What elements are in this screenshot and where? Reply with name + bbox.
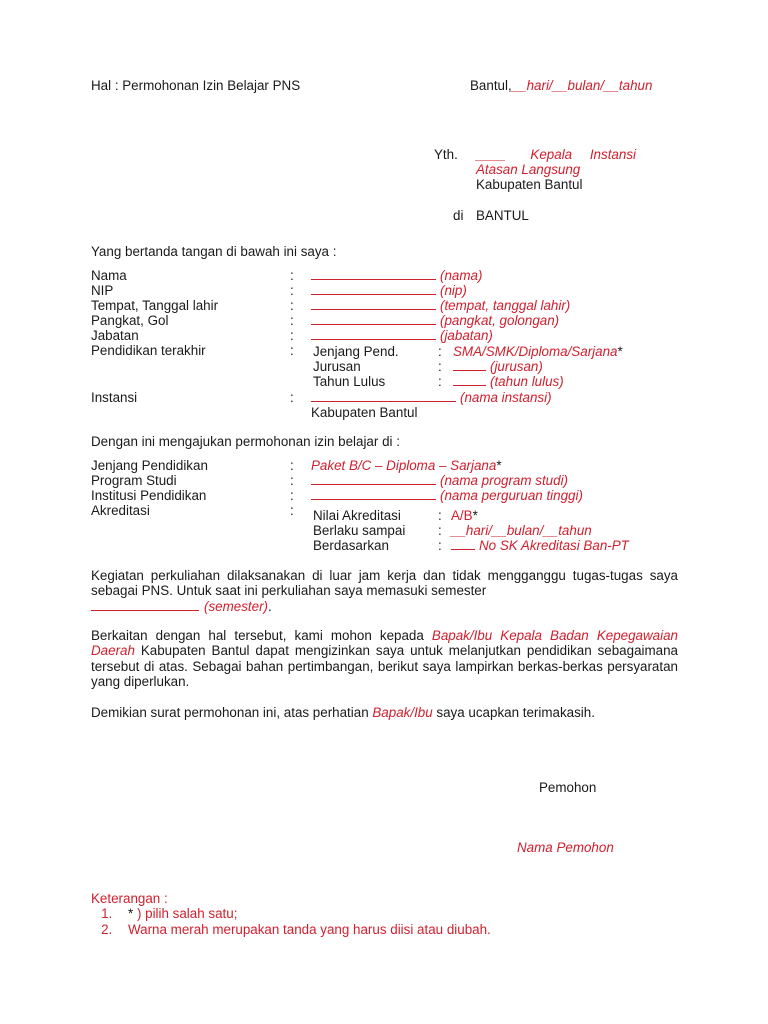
field-jenjang-pendidikan[interactable]: Paket B/C – Diploma – Sarjana* xyxy=(311,458,502,473)
instansi-region: Kabupaten Bantul xyxy=(311,405,417,420)
colon: : xyxy=(290,328,294,343)
colon: : xyxy=(290,473,294,488)
field-instansi[interactable]: (nama instansi) xyxy=(311,390,552,405)
paragraph-end: . xyxy=(268,599,272,614)
field-label-ttl: Tempat, Tanggal lahir xyxy=(91,298,218,313)
colon: : xyxy=(290,390,294,405)
field-jurusan[interactable]: (jurusan) xyxy=(453,359,543,374)
field-program-studi[interactable]: (nama program studi) xyxy=(311,473,568,488)
field-hint: (tempat, tanggal lahir) xyxy=(440,298,570,313)
colon: : xyxy=(290,343,294,358)
sublabel-tahun-lulus: Tahun Lulus xyxy=(313,374,385,389)
sublabel-berlaku-sampai: Berlaku sampai xyxy=(313,523,405,538)
request-intro: Dengan ini mengajukan permohonan izin be… xyxy=(91,434,400,449)
field-hint: (pangkat, golongan) xyxy=(440,313,559,328)
field-ttl[interactable]: (tempat, tanggal lahir) xyxy=(311,298,570,313)
semester-hint: (semester) xyxy=(204,599,268,614)
recipient-title-line1: ____ Kepala Instansi xyxy=(476,147,636,162)
colon: : xyxy=(290,268,294,283)
di-label: di xyxy=(453,208,463,223)
paragraph-text: Demikian surat permohonan ini, atas perh… xyxy=(91,705,372,720)
paragraph-text: Berkaitan dengan hal tersebut, kami moho… xyxy=(91,628,432,643)
colon: : xyxy=(290,313,294,328)
field-berdasarkan[interactable]: No SK Akreditasi Ban-PT xyxy=(451,538,629,553)
colon: : xyxy=(438,344,442,359)
date-placeholder: __hari/__bulan/__tahun xyxy=(512,78,653,93)
sublabel-jenjang: Jenjang Pend. xyxy=(313,344,399,359)
field-label-instansi: Instansi xyxy=(91,390,137,405)
field-hint: (nama program studi) xyxy=(440,473,568,488)
recipient-city: BANTUL xyxy=(476,208,529,223)
recipient-title-line2: Atasan Langsung xyxy=(476,162,580,177)
note-item: * ) pilih salah satu; xyxy=(116,906,491,922)
notes-title: Keterangan : xyxy=(91,891,168,906)
field-hint: No SK Akreditasi Ban-PT xyxy=(479,538,629,553)
jenjang-options: Paket B/C – Diploma – Sarjana xyxy=(311,458,496,473)
colon: : xyxy=(438,538,442,553)
colon: : xyxy=(290,458,294,473)
asterisk: * xyxy=(496,458,501,473)
field-jenjang-pend[interactable]: SMA/SMK/Diploma/Sarjana* xyxy=(453,344,623,359)
recipient-blank: ____ xyxy=(476,147,506,162)
signature-label: Pemohon xyxy=(539,780,596,795)
field-label-akreditasi: Akreditasi xyxy=(91,503,150,518)
field-nip[interactable]: (nip) xyxy=(311,283,467,298)
sublabel-berdasarkan: Berdasarkan xyxy=(313,538,389,553)
field-tahun-lulus[interactable]: (tahun lulus) xyxy=(453,374,564,389)
note-item: Warna merah merupakan tanda yang harus d… xyxy=(116,922,491,938)
field-label-nip: NIP xyxy=(91,283,113,298)
field-hint: (nama instansi) xyxy=(460,390,552,405)
field-pangkat[interactable]: (pangkat, golongan) xyxy=(311,313,559,328)
field-hint: (nama perguruan tinggi) xyxy=(440,488,583,503)
place-text: Bantul, xyxy=(470,78,512,93)
sublabel-jurusan: Jurusan xyxy=(313,359,361,374)
paragraph-text: Kabupaten Bantul dapat mengizinkan saya … xyxy=(91,643,678,689)
jenjang-value: SMA/SMK/Diploma/Sarjana xyxy=(453,344,617,359)
field-hint: (nip) xyxy=(440,283,467,298)
paragraph-activity: Kegiatan perkuliahan dilaksanakan di lua… xyxy=(91,568,678,614)
field-nilai-akreditasi[interactable]: A/B* xyxy=(451,508,478,523)
field-hint: (nama) xyxy=(440,268,482,283)
notes-list: * ) pilih salah satu; Warna merah merupa… xyxy=(96,906,491,937)
field-nama[interactable]: (nama) xyxy=(311,268,482,283)
field-label-pendidikan: Pendidikan terakhir xyxy=(91,343,206,358)
letter-subject: Hal : Permohonan Izin Belajar PNS xyxy=(91,78,300,93)
field-hint: (jabatan) xyxy=(440,328,493,343)
colon: : xyxy=(438,374,442,389)
field-label-nama: Nama xyxy=(91,268,127,283)
recipient-highlight: Bapak/Ibu xyxy=(372,705,432,720)
colon: : xyxy=(438,508,442,523)
field-label-program-studi: Program Studi xyxy=(91,473,177,488)
field-berlaku-sampai[interactable]: __hari/__bulan/__tahun xyxy=(451,523,592,538)
intro-text: Yang bertanda tangan di bawah ini saya : xyxy=(91,244,336,259)
letter-date: Bantul,__hari/__bulan/__tahun xyxy=(470,78,652,93)
colon: : xyxy=(438,523,442,538)
field-label-pangkat: Pangkat, Gol xyxy=(91,313,168,328)
asterisk: * xyxy=(473,508,478,523)
yth-label: Yth. xyxy=(434,147,458,162)
paragraph-text: Kegiatan perkuliahan dilaksanakan di lua… xyxy=(91,568,678,598)
recipient-title: Kepala Instansi xyxy=(530,147,636,162)
paragraph-closing: Demikian surat permohonan ini, atas perh… xyxy=(91,705,595,720)
field-label-institusi: Institusi Pendidikan xyxy=(91,488,206,503)
akreditasi-options: A/B xyxy=(451,508,473,523)
colon: : xyxy=(438,359,442,374)
signature-name: Nama Pemohon xyxy=(517,840,614,855)
paragraph-text: saya ucapkan terimakasih. xyxy=(433,705,595,720)
field-label-jabatan: Jabatan xyxy=(91,328,139,343)
paragraph-request: Berkaitan dengan hal tersebut, kami moho… xyxy=(91,628,678,689)
semester-blank[interactable] xyxy=(91,599,199,611)
colon: : xyxy=(290,503,294,518)
field-jabatan[interactable]: (jabatan) xyxy=(311,328,493,343)
field-institusi[interactable]: (nama perguruan tinggi) xyxy=(311,488,583,503)
field-label-jenjang-pendidikan: Jenjang Pendidikan xyxy=(91,458,208,473)
colon: : xyxy=(290,488,294,503)
field-hint: (jurusan) xyxy=(490,359,543,374)
colon: : xyxy=(290,298,294,313)
note-text: Warna merah merupakan tanda yang harus d… xyxy=(128,922,491,937)
sublabel-nilai-akreditasi: Nilai Akreditasi xyxy=(313,508,401,523)
recipient-region: Kabupaten Bantul xyxy=(476,177,582,192)
colon: : xyxy=(290,283,294,298)
note-text: ) pilih salah satu; xyxy=(133,906,237,921)
field-hint: (tahun lulus) xyxy=(490,374,564,389)
berlaku-date-placeholder: __hari/__bulan/__tahun xyxy=(451,523,592,538)
asterisk: * xyxy=(617,344,622,359)
